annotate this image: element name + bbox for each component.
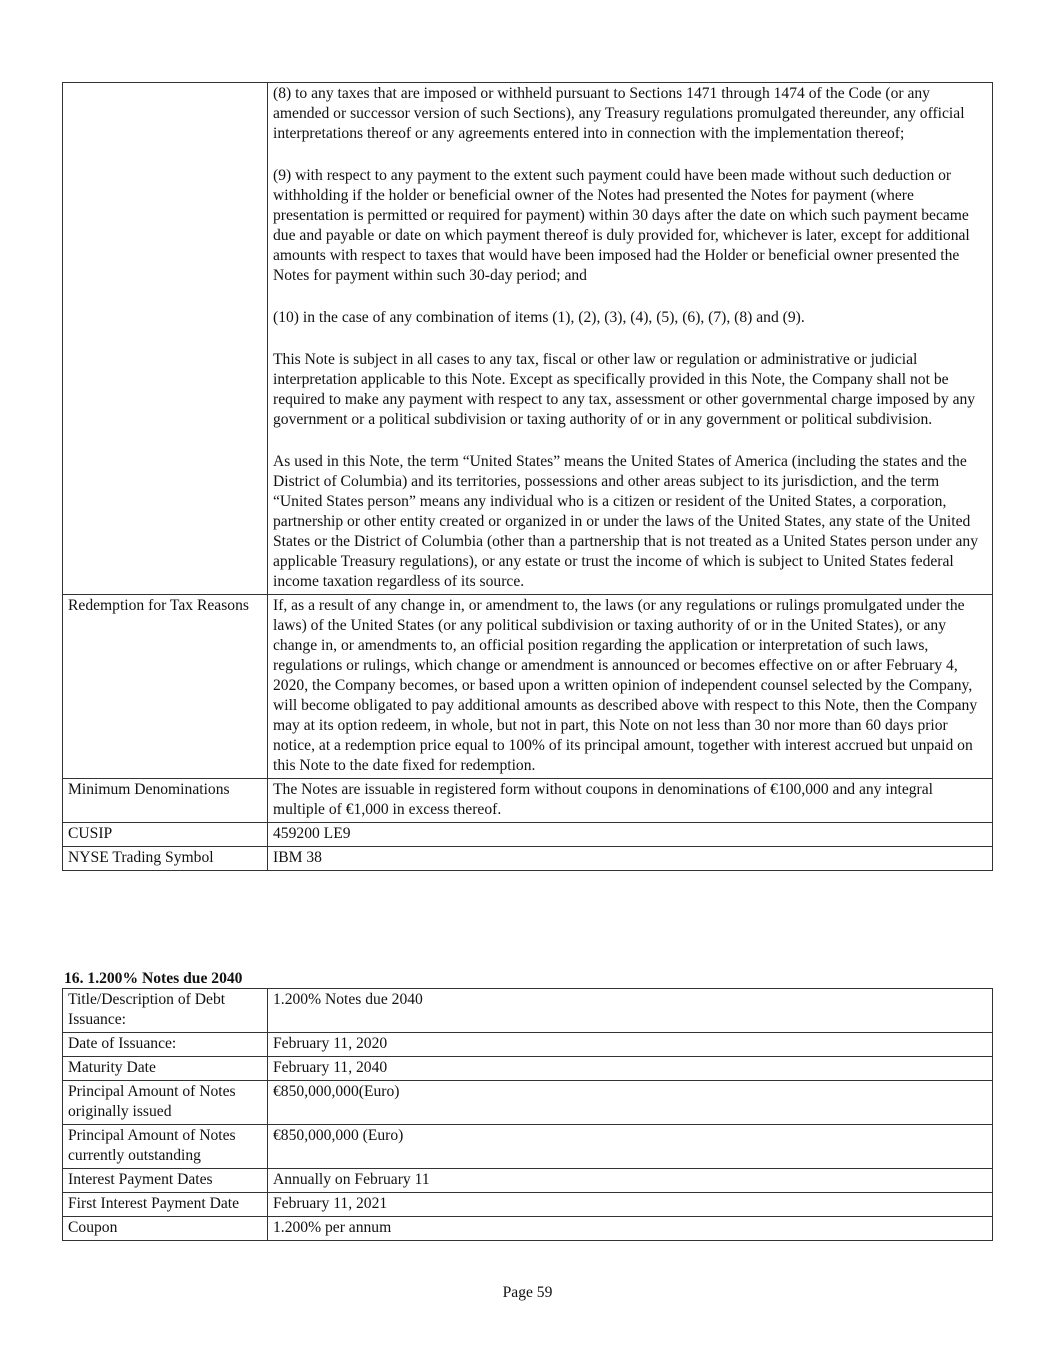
table-row: Interest Payment Dates Annually on Febru… — [63, 1169, 993, 1193]
row-value: €850,000,000(Euro) — [268, 1081, 993, 1125]
table-row: Coupon 1.200% per annum — [63, 1217, 993, 1241]
row-value: If, as a result of any change in, or ame… — [268, 595, 993, 779]
clause-8: (8) to any taxes that are imposed or wit… — [273, 84, 987, 144]
table-row: Redemption for Tax Reasons If, as a resu… — [63, 595, 993, 779]
row-label: Title/Description of Debt Issuance: — [63, 989, 268, 1033]
row-label: Interest Payment Dates — [63, 1169, 268, 1193]
row-label: Minimum Denominations — [63, 779, 268, 823]
row-label: Redemption for Tax Reasons — [63, 595, 268, 779]
clause-9: (9) with respect to any payment to the e… — [273, 166, 987, 286]
row-label: First Interest Payment Date — [63, 1193, 268, 1217]
table-row: CUSIP 459200 LE9 — [63, 823, 993, 847]
row-label: Principal Amount of Notes originally iss… — [63, 1081, 268, 1125]
table-row: Date of Issuance: February 11, 2020 — [63, 1033, 993, 1057]
row-label: Coupon — [63, 1217, 268, 1241]
row-value: February 11, 2021 — [268, 1193, 993, 1217]
tax-law-paragraph: This Note is subject in all cases to any… — [273, 350, 987, 430]
tax-terms-table: (8) to any taxes that are imposed or wit… — [62, 82, 993, 871]
page-number: Page 59 — [0, 1284, 1055, 1302]
table-row: Maturity Date February 11, 2040 — [63, 1057, 993, 1081]
empty-label-cell — [63, 83, 268, 595]
table-row: Principal Amount of Notes originally iss… — [63, 1081, 993, 1125]
row-value: February 11, 2040 — [268, 1057, 993, 1081]
row-label: NYSE Trading Symbol — [63, 847, 268, 871]
row-value: 1.200% per annum — [268, 1217, 993, 1241]
table-row: Principal Amount of Notes currently outs… — [63, 1125, 993, 1169]
additional-amounts-cell: (8) to any taxes that are imposed or wit… — [268, 83, 993, 595]
row-value: Annually on February 11 — [268, 1169, 993, 1193]
notes-2040-table: Title/Description of Debt Issuance: 1.20… — [62, 988, 993, 1241]
row-label: CUSIP — [63, 823, 268, 847]
row-value: 1.200% Notes due 2040 — [268, 989, 993, 1033]
row-value: 459200 LE9 — [268, 823, 993, 847]
table-row: NYSE Trading Symbol IBM 38 — [63, 847, 993, 871]
clause-10: (10) in the case of any combination of i… — [273, 308, 987, 328]
row-value: February 11, 2020 — [268, 1033, 993, 1057]
table-row: Title/Description of Debt Issuance: 1.20… — [63, 989, 993, 1033]
table-row: (8) to any taxes that are imposed or wit… — [63, 83, 993, 595]
row-value: The Notes are issuable in registered for… — [268, 779, 993, 823]
table-row: Minimum Denominations The Notes are issu… — [63, 779, 993, 823]
row-label: Date of Issuance: — [63, 1033, 268, 1057]
row-value: €850,000,000 (Euro) — [268, 1125, 993, 1169]
section-heading: 16. 1.200% Notes due 2040 — [64, 970, 242, 988]
row-label: Principal Amount of Notes currently outs… — [63, 1125, 268, 1169]
row-label: Maturity Date — [63, 1057, 268, 1081]
table-row: First Interest Payment Date February 11,… — [63, 1193, 993, 1217]
row-value: IBM 38 — [268, 847, 993, 871]
united-states-definition: As used in this Note, the term “United S… — [273, 452, 987, 592]
